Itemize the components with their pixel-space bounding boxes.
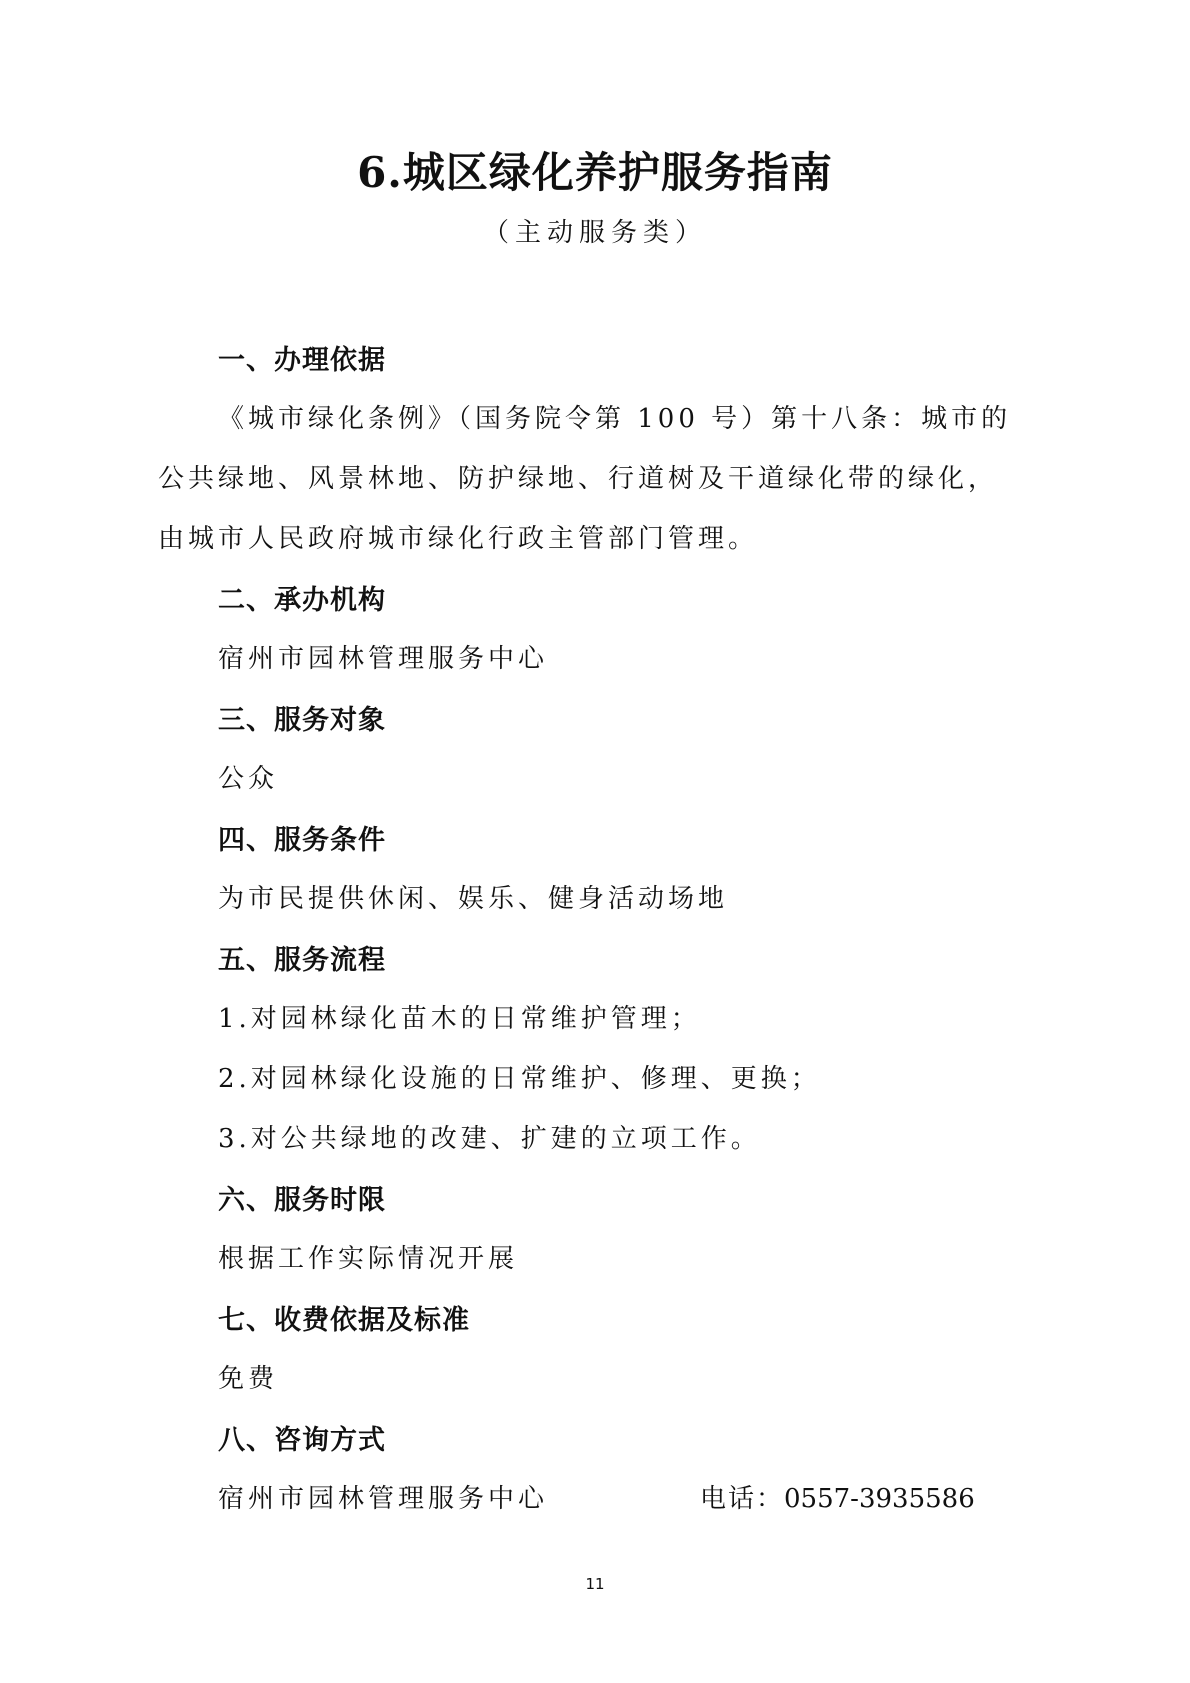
section-heading-time-limit: 六、服务时限 [218, 1178, 386, 1217]
section-heading-conditions: 四、服务条件 [218, 818, 386, 857]
document-subtitle: （主动服务类） [0, 212, 1190, 249]
section-heading-fees: 七、收费依据及标准 [218, 1298, 470, 1337]
fees-text: 免费 [218, 1358, 278, 1395]
basis-line-2: 公共绿地、风景林地、防护绿地、行道树及干道绿化带的绿化， [158, 458, 998, 495]
basis-line-3: 由城市人民政府城市绿化行政主管部门管理。 [158, 518, 758, 555]
document-title: 6.城区绿化养护服务指南 [0, 140, 1190, 200]
agency-text: 宿州市园林管理服务中心 [218, 638, 548, 675]
process-step-3: 3.对公共绿地的改建、扩建的立项工作。 [218, 1118, 761, 1155]
section-heading-process: 五、服务流程 [218, 938, 386, 977]
section-heading-agency: 二、承办机构 [218, 578, 386, 617]
time-limit-text: 根据工作实际情况开展 [218, 1238, 518, 1275]
section-heading-contact: 八、咨询方式 [218, 1418, 386, 1457]
process-step-2: 2.对园林绿化设施的日常维护、修理、更换； [218, 1058, 821, 1095]
phone-label: 电话： [700, 1484, 784, 1514]
basis-line-1: 《城市绿化条例》（国务院令第 100 号）第十八条：城市的 [218, 398, 1011, 435]
page-number: 11 [0, 1575, 1190, 1593]
phone-number: 0557-3935586 [784, 1484, 975, 1514]
process-step-1: 1.对园林绿化苗木的日常维护管理； [218, 998, 701, 1035]
section-heading-basis: 一、办理依据 [218, 338, 386, 377]
contact-org: 宿州市园林管理服务中心 [218, 1478, 548, 1515]
contact-phone: 电话：0557-3935586 [700, 1478, 975, 1515]
section-heading-target: 三、服务对象 [218, 698, 386, 737]
target-text: 公众 [218, 758, 278, 795]
conditions-text: 为市民提供休闲、娱乐、健身活动场地 [218, 878, 728, 915]
